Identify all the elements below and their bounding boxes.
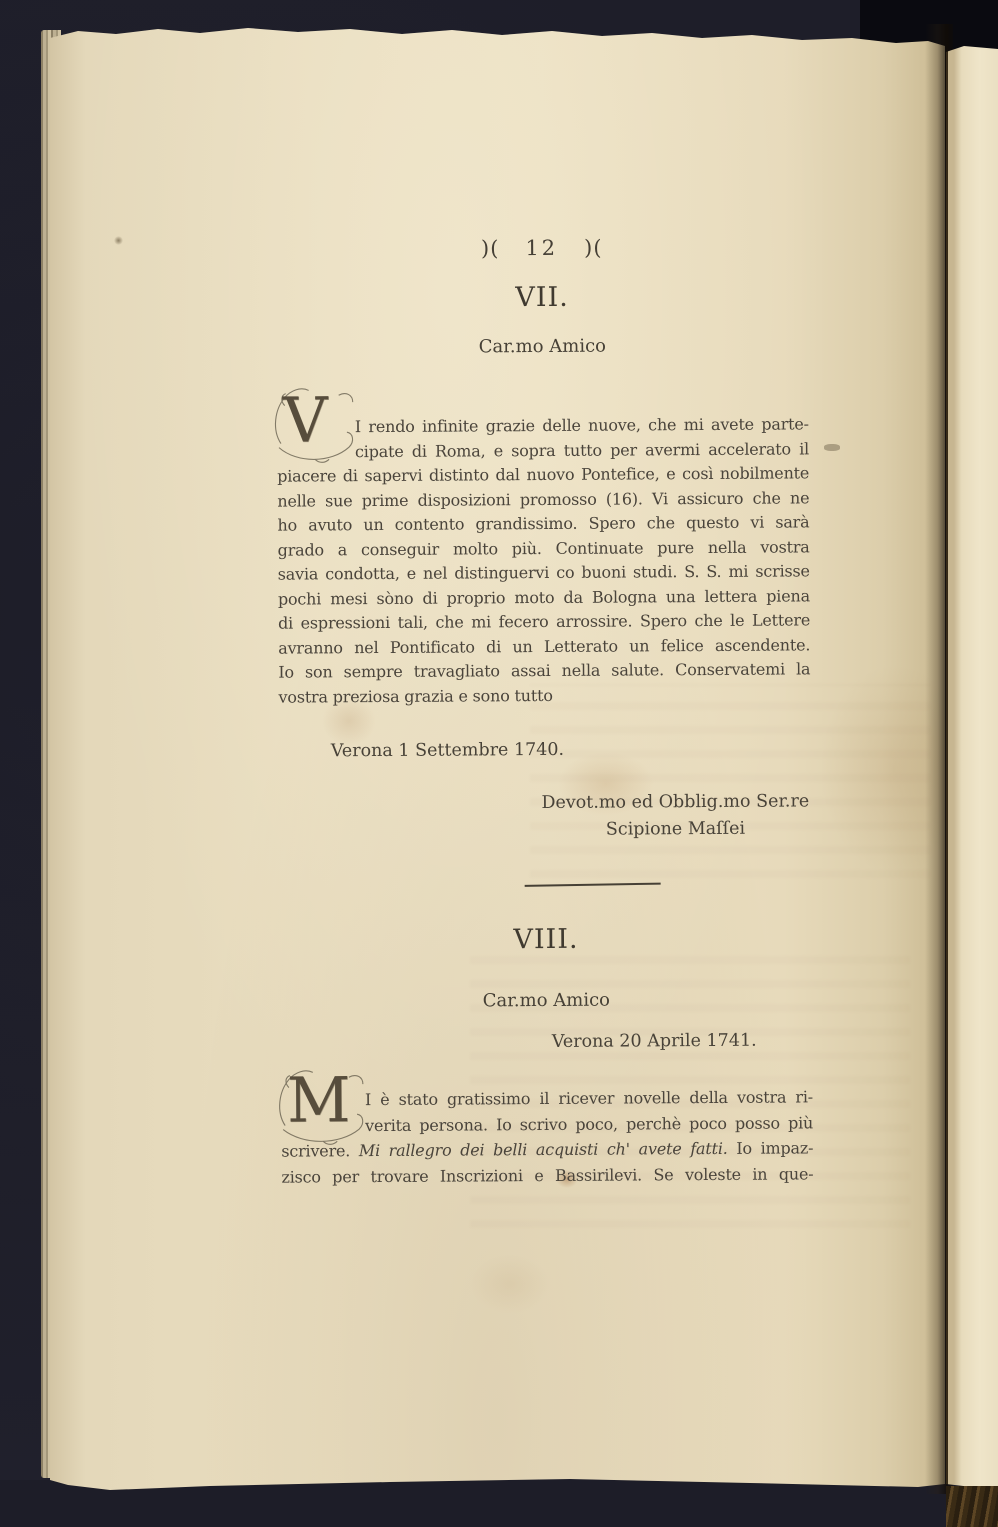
valediction-line: Devot.mo ed Obblig.mo Ser.re (541, 788, 809, 817)
letter-vii-closing: Devot.mo ed Obblig.mo Ser.re Scipione Ma… (541, 788, 809, 844)
letter-vii-dateline: Verona 1 Settembre 1740. (279, 738, 863, 762)
book-spine-detail (946, 1486, 998, 1527)
dropcap-letter: M (287, 1069, 351, 1131)
letter-vii-body: V I rendo infinite grazie delle nuove, c… (277, 412, 811, 709)
book-page: )(12)( VII. Car.mo Amico V I rendo infin… (50, 24, 945, 1494)
body-line: ho avuto un contento grandissimo. Spero … (277, 510, 809, 538)
letter-viii-dateline: Verona 20 Aprile 1741. (281, 1030, 813, 1053)
signature: Scipione Maſſei (542, 815, 810, 844)
ink-mark (824, 444, 840, 451)
letter-viii-body: M I è stato gratissimo il ricever novell… (281, 1084, 814, 1189)
letter-vii-salutation: Car.mo Amico (276, 334, 808, 358)
body-line: savia condotta, e nel distinguervi co bu… (278, 559, 810, 587)
body-segment: Io impaz- (728, 1138, 814, 1158)
folio-number: 12 (525, 236, 558, 260)
body-line: vostra preziosa grazia e sono tutto (278, 682, 810, 710)
section-divider (525, 883, 661, 887)
letter-viii-heading: VIII. (280, 922, 812, 956)
ink-dot (114, 236, 123, 245)
body-segment-italic: Mi rallegro dei belli acquisti ch' avete… (359, 1139, 728, 1160)
body-line: pochi mesi sòno di proprio moto da Bolog… (278, 584, 810, 612)
folio-ornament-left: )( (481, 236, 500, 260)
letter-vii-heading: VII. (276, 280, 808, 314)
dropcap-m: M (279, 1069, 359, 1135)
body-line: avranno nel Pontificato di un Letterato … (278, 633, 810, 661)
dropcap-v: V (275, 389, 349, 451)
letter-viii-salutation: Car.mo Amico (280, 988, 812, 1012)
adjacent-page-edge (946, 46, 998, 1490)
page-number: )(12)( (276, 234, 808, 261)
body-line: zisco per trovare Inscrizioni e Bassiril… (281, 1161, 813, 1190)
page-content: )(12)( VII. Car.mo Amico V I rendo infin… (274, 22, 815, 1495)
body-line: di espressioni tali, che mi fecero arros… (278, 608, 810, 636)
body-line: Io son sempre travagliato assai nella sa… (278, 657, 810, 685)
dropcap-letter: V (283, 389, 328, 451)
body-line: nelle sue prime disposizioni promosso (1… (277, 486, 809, 514)
folio-ornament-right: )( (584, 236, 603, 260)
body-line: grado a conseguir molto più. Continuate … (278, 535, 810, 563)
